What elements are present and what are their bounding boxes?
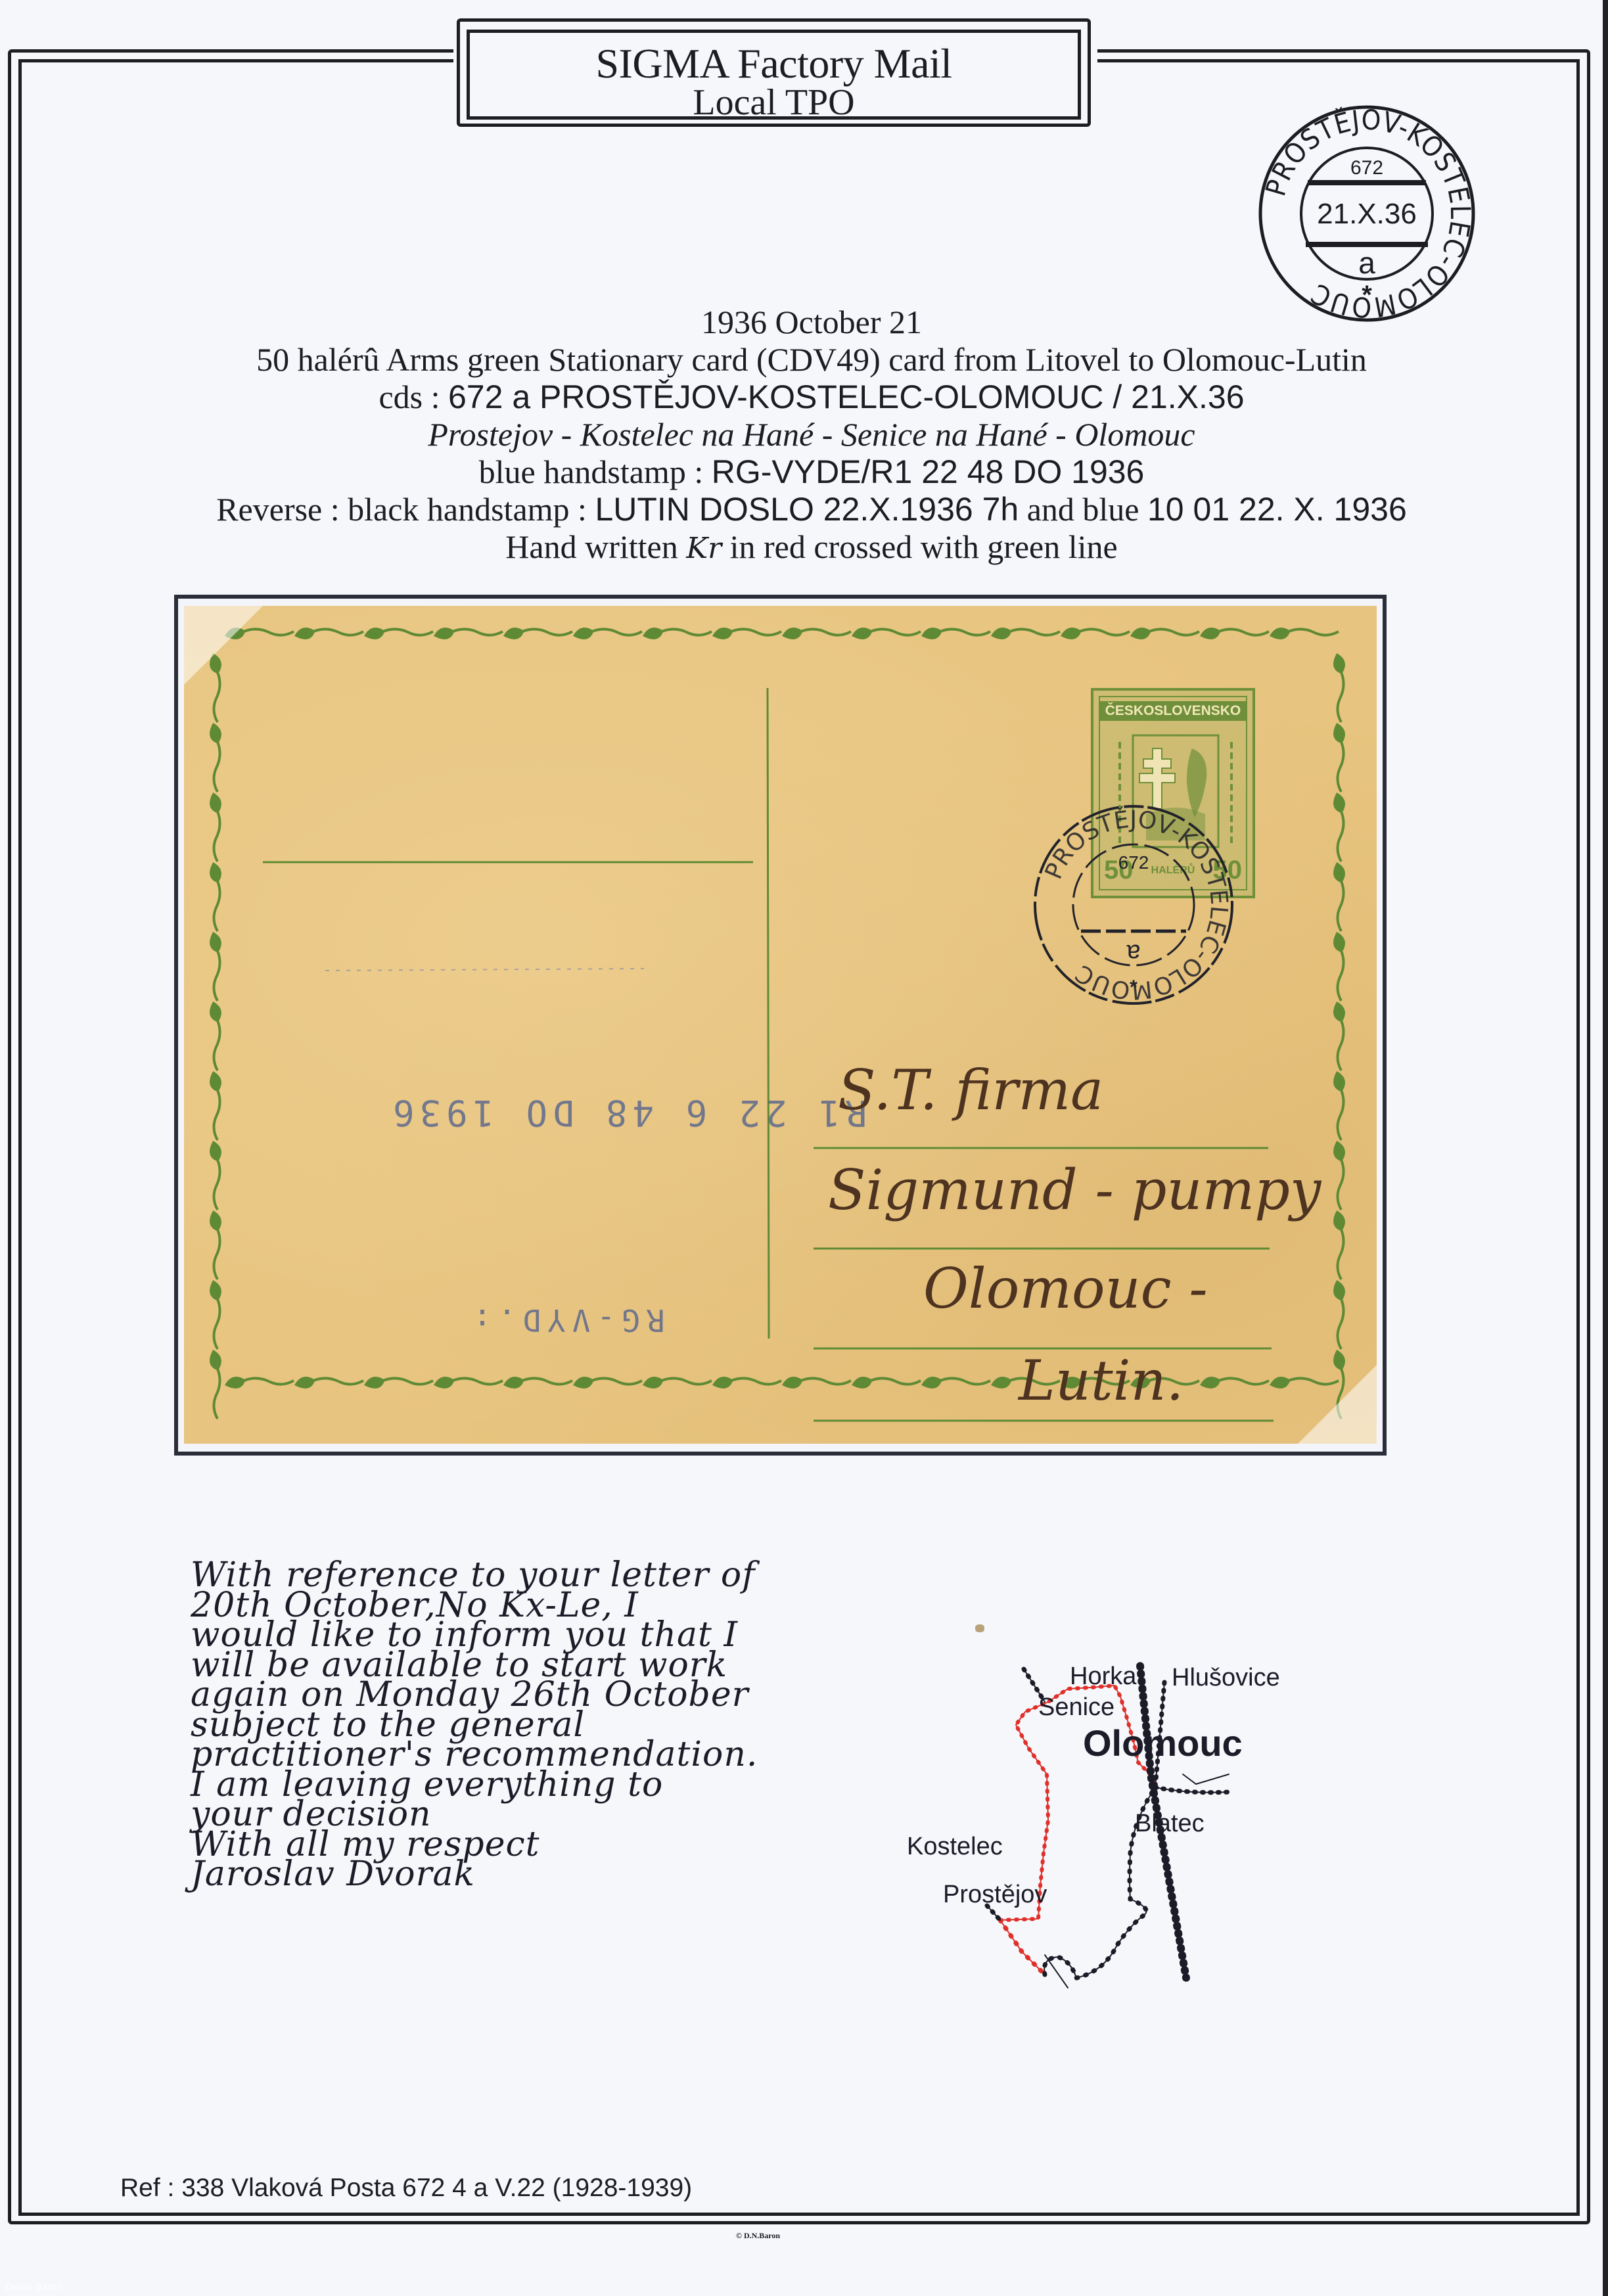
letter-transcription: With reference to your letter of 20th Oc… — [191, 1561, 815, 1890]
svg-text:*: * — [1130, 976, 1137, 998]
description-card: 50 halérû Arms green Stationary card (CD… — [79, 341, 1544, 379]
stamp-country: ČESKOSLOVENSKO — [1100, 701, 1246, 721]
map-label-hlusovice: Hlušovice — [1172, 1664, 1280, 1691]
copyright: © D.N.Baron — [736, 2231, 780, 2241]
address-line-3: Olomouc - — [923, 1256, 1208, 1321]
description-reverse: Reverse : black handstamp : LUTIN DOSLO … — [79, 491, 1544, 528]
route-map: Horka Hlušovice Senice Olomouc Blatec Ko… — [907, 1603, 1400, 1998]
address-line-4: Lutin. — [1019, 1348, 1183, 1413]
description-handwritten: Hand written Kr in red crossed with gree… — [79, 528, 1544, 567]
page-title: SIGMA Factory Mail — [470, 42, 1078, 85]
map-label-horka: Horka — [1070, 1663, 1137, 1690]
svg-text:a: a — [1358, 246, 1375, 280]
catalogue-reference: Ref : 338 Vlaková Posta 672 4 a V.22 (19… — [120, 2174, 692, 2203]
page-title-box: SIGMA Factory Mail Local TPO — [457, 18, 1091, 127]
map-label-prostejov: Prostějov — [943, 1881, 1047, 1908]
page-subtitle: Local TPO — [470, 85, 1078, 120]
description-route: Prostejov - Kostelec na Hané - Senice na… — [79, 416, 1544, 453]
svg-text:PROSTĚJOV-KOSTELEC-OLOMOUC: PROSTĚJOV-KOSTELEC-OLOMOUC — [1040, 806, 1233, 1004]
description-blue-handstamp: blue handstamp : RG-VYDE/R1 22 48 DO 193… — [79, 453, 1544, 491]
description-cds: cds : 672 a PROSTĚJOV-KOSTELEC-OLOMOUC /… — [79, 379, 1544, 416]
svg-text:a: a — [1126, 939, 1141, 967]
postcard: ČESKOSLOVENSKO 50 HALÉRŮ 50 PROSTĚJOV-KO… — [184, 606, 1377, 1444]
address-line-2: Sigmund - pumpy — [828, 1158, 1321, 1222]
svg-text:672: 672 — [1350, 157, 1383, 179]
page-edge — [1603, 0, 1608, 2296]
map-label-olomouc: Olomouc — [1083, 1722, 1243, 1764]
watermark: Derek Baron — [5, 2282, 62, 2293]
map-label-kostelec: Kostelec — [907, 1833, 1003, 1860]
item-description: 1936 October 21 50 halérû Arms green Sta… — [79, 304, 1544, 567]
card-postmark: PROSTĚJOV-KOSTELEC-OLOMOUC 672 a * — [1025, 796, 1242, 1013]
cds-postmark-illustration: PROSTĚJOV-KOSTELEC-OLOMOUC 672 21.X.36 a… — [1252, 99, 1482, 329]
address-line-1: S.T. firma — [838, 1058, 1103, 1122]
svg-text:21.X.36: 21.X.36 — [1317, 198, 1417, 230]
map-label-blatec: Blatec — [1135, 1810, 1205, 1837]
svg-text:672: 672 — [1118, 852, 1149, 873]
description-date: 1936 October 21 — [79, 304, 1544, 341]
blue-handstamp-rg: RG-VYD.: — [467, 1302, 665, 1338]
blue-handstamp-date: R1 22 6 48 DO 1936 — [388, 1092, 867, 1134]
map-label-senice: Senice — [1038, 1693, 1114, 1721]
